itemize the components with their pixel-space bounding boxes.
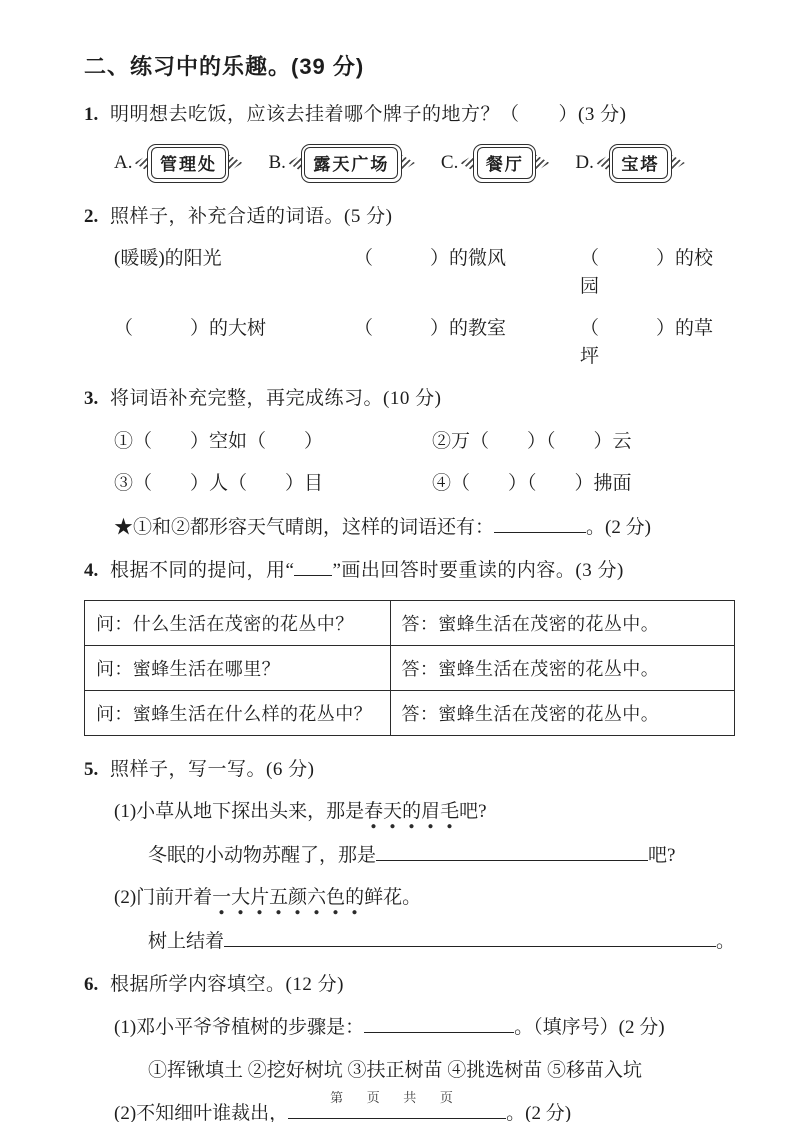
fill-phrase: （ ）的大树 [114, 315, 354, 370]
sign-board: 餐厅 [473, 144, 536, 183]
question-2-text: 照样子，补充合适的词语。(5 分) [110, 203, 392, 231]
question-5-answer-1: 冬眠的小动物苏醒了，那是吧? [148, 841, 737, 869]
option-c-label: C. [441, 152, 458, 174]
idiom-fill-2: ②万（ ）（ ）云 [432, 428, 632, 456]
sign-plaque: 管理处 [134, 144, 242, 183]
question-1-stem: 1. 明明想去吃饭，应该去挂着哪个牌子的地方？（ ）(3 分) [84, 101, 737, 129]
sign-text: 管理处 [151, 147, 226, 179]
question-3-stem: 3. 将词语补充完整，再完成练习。(10 分) [84, 385, 737, 413]
question-3: 3. 将词语补充完整，再完成练习。(10 分) ①（ ）空如（ ） ②万（ ）（… [84, 385, 737, 541]
underline-mark-sample [294, 556, 332, 576]
question-5-stem: 5. 照样子，写一写。(6 分) [84, 756, 737, 784]
question-5-example-1: (1)小草从地下探出头来，那是春天的眉毛吧? [114, 798, 737, 826]
option-d: D. 宝塔 [575, 144, 684, 183]
question-4: 4. 根据不同的提问，用“”画出回答时要重读的内容。(3 分) 问：什么生活在茂… [84, 556, 737, 735]
star-task-suffix: 。(2 分) [586, 517, 651, 538]
option-a: A. 管理处 [114, 144, 242, 183]
table-row: 问：什么生活在茂密的花丛中？ 答：蜜蜂生活在茂密的花丛中。 [85, 600, 735, 645]
emphasized-text: 一大片五颜六色的 [212, 887, 364, 916]
sign-board: 露天广场 [301, 144, 402, 183]
question-2-number: 2. [84, 203, 110, 231]
emphasized-text: 春天的眉毛 [364, 801, 459, 830]
idiom-fill-4: ④（ ）（ ）拂面 [432, 470, 632, 498]
answer-cell: 答：蜜蜂生活在茂密的花丛中。 [390, 690, 735, 735]
question-5-number: 5. [84, 756, 110, 784]
question-3-row2: ③（ ）人（ ）目 ④（ ）（ ）拂面 [114, 470, 737, 498]
sign-board: 管理处 [147, 144, 229, 183]
question-6-stem: 6. 根据所学内容填空。(12 分) [84, 971, 737, 999]
section-title: 二、练习中的乐趣。(39 分) [84, 50, 737, 81]
sign-text: 餐厅 [477, 147, 533, 179]
table-row: 问：蜜蜂生活在什么样的花丛中？ 答：蜜蜂生活在茂密的花丛中。 [85, 690, 735, 735]
question-3-star-task: ★①和②都形容天气晴朗，这样的词语还有：。(2 分) [114, 513, 737, 541]
table-row: 问：蜜蜂生活在哪里？ 答：蜜蜂生活在茂密的花丛中。 [85, 645, 735, 690]
question-cell: 问：蜜蜂生活在哪里？ [85, 645, 391, 690]
question-2-stem: 2. 照样子，补充合适的词语。(5 分) [84, 203, 737, 231]
question-6-number: 6. [84, 971, 110, 999]
sign-text: 宝塔 [612, 147, 668, 179]
question-5-example-2: (2)门前开着一大片五颜六色的鲜花。 [114, 884, 737, 912]
question-4-text: 根据不同的提问，用“”画出回答时要重读的内容。(3 分) [110, 556, 624, 584]
idiom-fill-3: ③（ ）人（ ）目 [114, 470, 432, 498]
sign-text: 露天广场 [304, 147, 398, 179]
question-cell: 问：什么生活在茂密的花丛中？ [85, 600, 391, 645]
fill-phrase: （ ）的草坪 [580, 315, 731, 370]
question-2: 2. 照样子，补充合适的词语。(5 分) (暖暖)的阳光 （ ）的微风 （ ）的… [84, 203, 737, 371]
option-d-label: D. [575, 152, 593, 174]
sign-plaque: 宝塔 [596, 144, 685, 183]
idiom-fill-1: ①（ ）空如（ ） [114, 428, 432, 456]
answer-blank [364, 1013, 514, 1033]
question-1: 1. 明明想去吃饭，应该去挂着哪个牌子的地方？（ ）(3 分) A. 管理处 B… [84, 101, 737, 183]
option-a-label: A. [114, 152, 132, 174]
sign-plaque: 露天广场 [288, 144, 415, 183]
question-2-row1: (暖暖)的阳光 （ ）的微风 （ ）的校园 [114, 245, 731, 300]
answer-blank [224, 927, 716, 947]
sign-plaque: 餐厅 [460, 144, 549, 183]
sign-board: 宝塔 [609, 144, 672, 183]
question-6-text: 根据所学内容填空。(12 分) [110, 971, 344, 999]
question-2-row2: （ ）的大树 （ ）的教室 （ ）的草坪 [114, 315, 731, 370]
fill-phrase: (暖暖)的阳光 [114, 245, 354, 300]
fill-phrase: （ ）的微风 [354, 245, 580, 300]
question-1-options: A. 管理处 B. 露天广场 C. [114, 144, 737, 183]
question-4-number: 4. [84, 557, 110, 585]
option-c: C. 餐厅 [441, 144, 549, 183]
question-6-step-options: ①挥锹填土 ②挖好树坑 ③扶正树苗 ④挑选树苗 ⑤移苗入坑 [148, 1057, 737, 1085]
question-3-number: 3. [84, 385, 110, 413]
answer-cell: 答：蜜蜂生活在茂密的花丛中。 [390, 645, 735, 690]
worksheet-page: 二、练习中的乐趣。(39 分) 1. 明明想去吃饭，应该去挂着哪个牌子的地方？（… [0, 0, 793, 1122]
fill-phrase: （ ）的教室 [354, 315, 580, 370]
answer-blank [376, 841, 648, 861]
answer-cell: 答：蜜蜂生活在茂密的花丛中。 [390, 600, 735, 645]
question-1-number: 1. [84, 101, 110, 129]
question-answer-table: 问：什么生活在茂密的花丛中？ 答：蜜蜂生活在茂密的花丛中。 问：蜜蜂生活在哪里？… [84, 600, 735, 736]
question-5-answer-2: 树上结着。 [148, 927, 737, 955]
fill-phrase: （ ）的校园 [580, 245, 731, 300]
question-5-text: 照样子，写一写。(6 分) [110, 756, 314, 784]
question-4-stem: 4. 根据不同的提问，用“”画出回答时要重读的内容。(3 分) [84, 556, 737, 584]
option-b: B. 露天广场 [268, 144, 414, 183]
page-footer: 第 页 共 页 [0, 1087, 793, 1106]
option-b-label: B. [268, 152, 285, 174]
star-task-prefix: ★①和②都形容天气晴朗，这样的词语还有： [114, 517, 494, 538]
question-6-item-1: (1)邓小平爷爷植树的步骤是：。（填序号）(2 分) [114, 1013, 737, 1041]
question-cell: 问：蜜蜂生活在什么样的花丛中？ [85, 690, 391, 735]
answer-blank [494, 513, 586, 533]
question-3-text: 将词语补充完整，再完成练习。(10 分) [110, 385, 441, 413]
question-5: 5. 照样子，写一写。(6 分) (1)小草从地下探出头来，那是春天的眉毛吧? … [84, 756, 737, 956]
question-3-row1: ①（ ）空如（ ） ②万（ ）（ ）云 [114, 428, 737, 456]
question-1-text: 明明想去吃饭，应该去挂着哪个牌子的地方？（ ）(3 分) [110, 101, 626, 129]
worksheet-content: 二、练习中的乐趣。(39 分) 1. 明明想去吃饭，应该去挂着哪个牌子的地方？（… [0, 0, 793, 1122]
